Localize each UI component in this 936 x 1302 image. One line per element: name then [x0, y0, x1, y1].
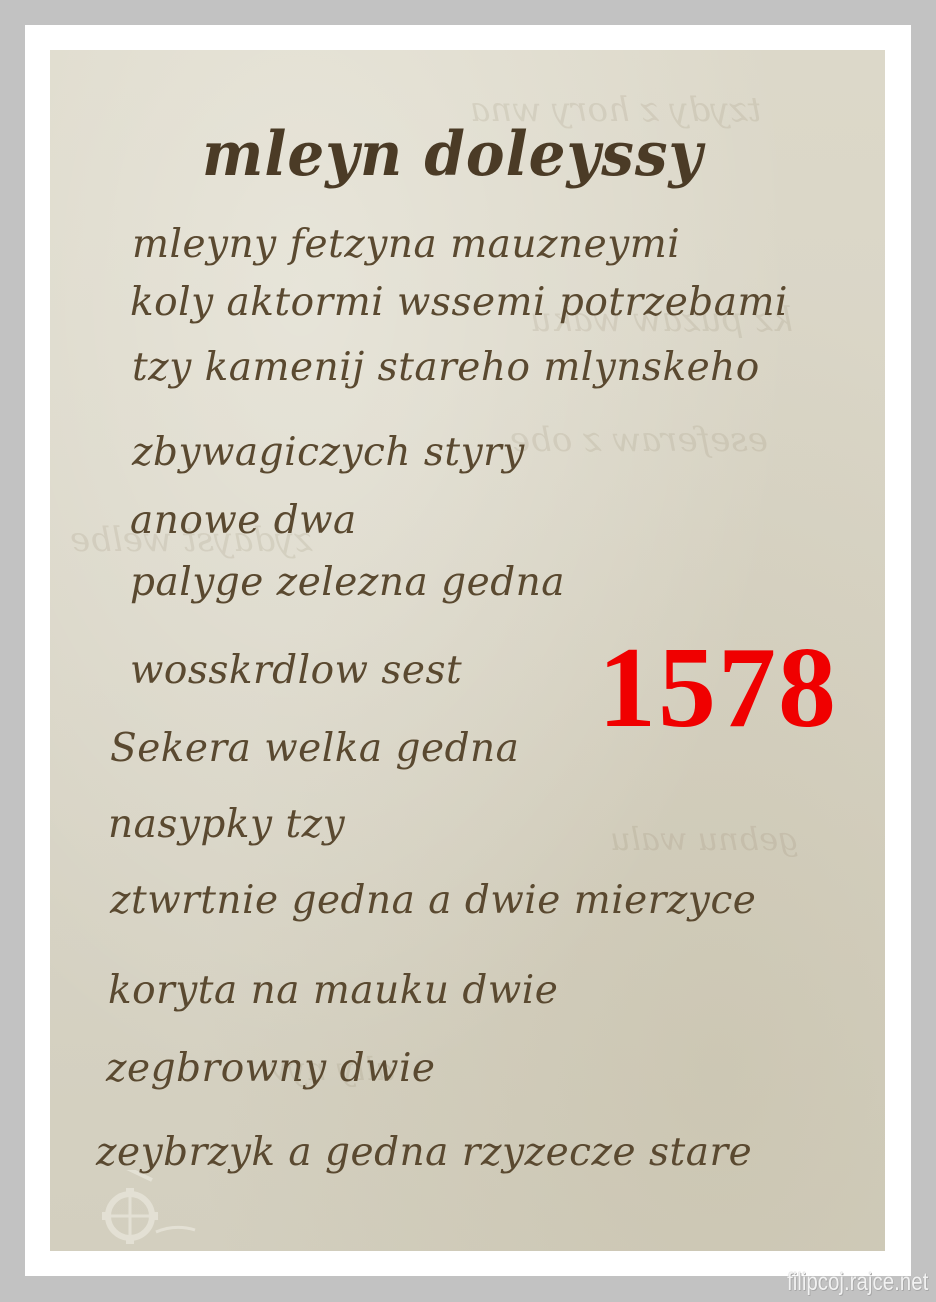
bleed-through-text: gebnu walu: [610, 820, 799, 858]
manuscript-line: koly aktormi wssemi potrzebami: [130, 280, 788, 325]
manuscript-line: zegbrowny dwie: [106, 1046, 436, 1091]
watermark-text: filipcoj.rajce.net: [787, 1268, 928, 1297]
manuscript-line: anowe dwa: [130, 498, 357, 543]
manuscript-heading: mleyn doleyssy: [202, 118, 703, 189]
manuscript-line: mleyny fetzyna mauzneymi: [132, 222, 680, 267]
manuscript-line: nasypky tzy: [108, 802, 345, 847]
gear-wheel-anchor-icon: [90, 1170, 200, 1250]
year-label: 1578: [598, 630, 838, 746]
manuscript-line: Sekera welka gedna: [110, 726, 519, 771]
manuscript-line: zbywagiczych styry: [132, 430, 525, 475]
manuscript-line: zeybrzyk a gedna rzyzecze stare: [96, 1130, 752, 1175]
manuscript-line: wosskrdlow sest: [130, 648, 462, 693]
manuscript-line: koryta na mauku dwie: [108, 968, 558, 1013]
manuscript-page: tzydy z hory wna kz puzaw waku eseferaw …: [50, 50, 885, 1251]
manuscript-line: palyge zelezna gedna: [130, 560, 565, 605]
bleed-through-text: eseferaw z obe: [510, 420, 768, 460]
manuscript-line: ztwrtnie gedna a dwie mierzyce: [110, 878, 756, 923]
manuscript-line: tzy kamenij stareho mlynskeho: [132, 345, 760, 390]
